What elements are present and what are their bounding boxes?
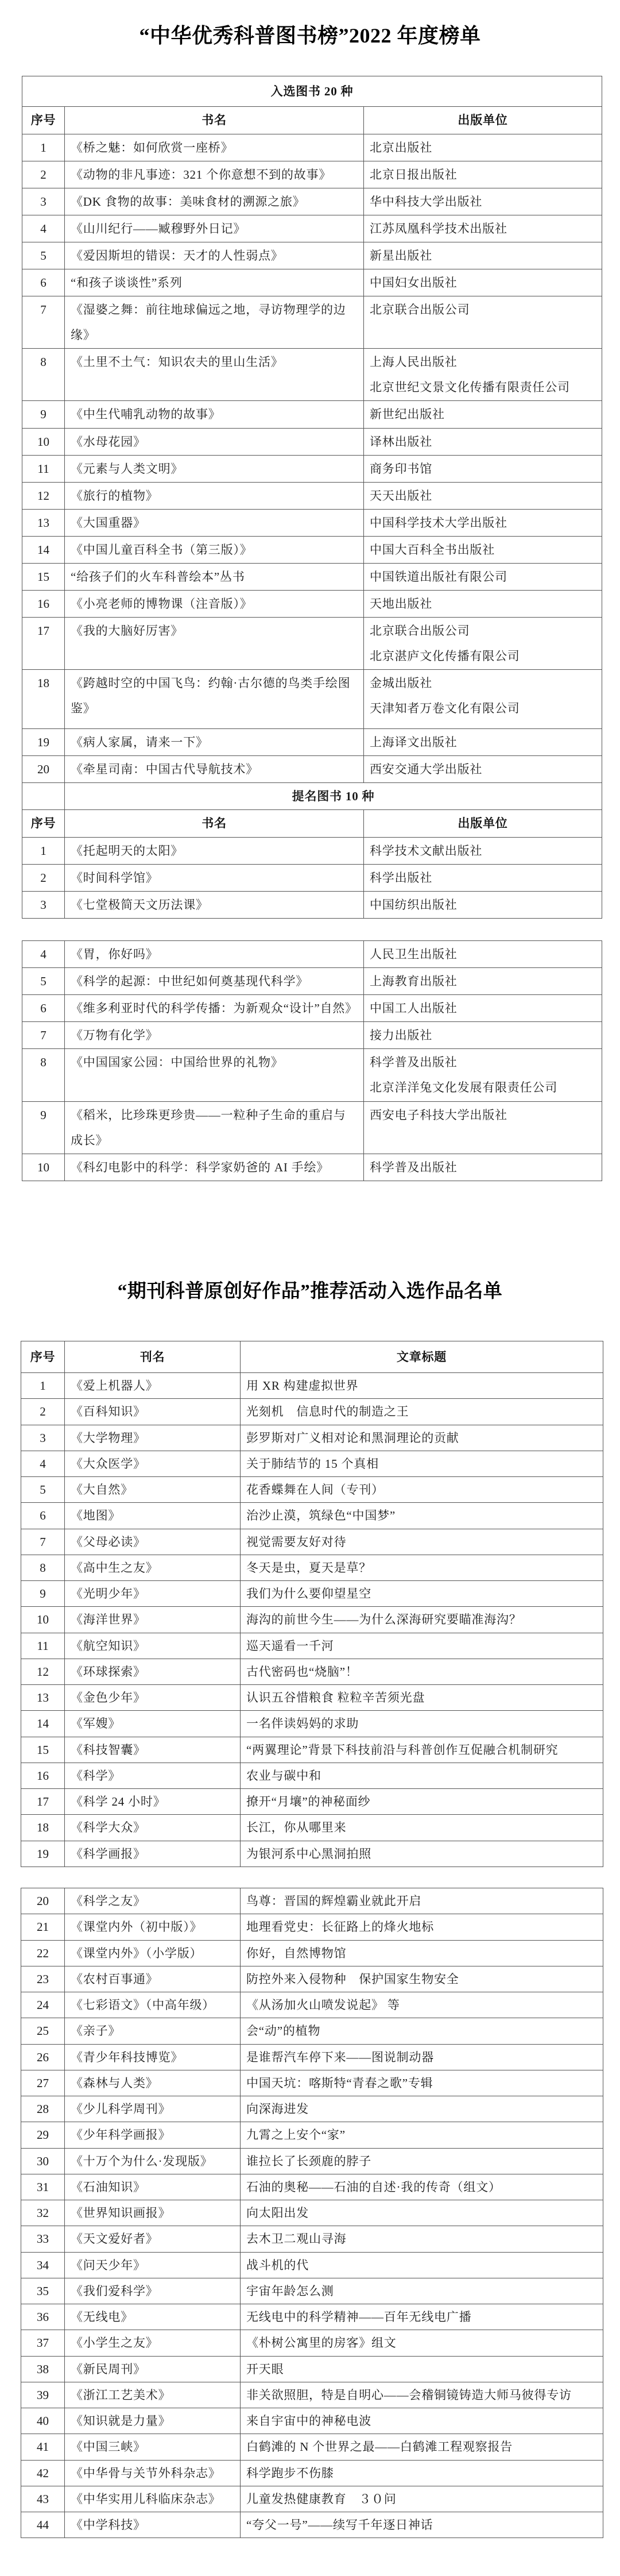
publisher-cell: 科学普及出版社 <box>364 1154 602 1181</box>
table-row: 11 《航空知识》 巡天遥看一千河 <box>21 1633 603 1659</box>
journal-name-cell: 《光明少年》 <box>65 1581 241 1606</box>
table-row: 4 《大众医学》 关于肺结节的 15 个真相 <box>21 1451 603 1477</box>
table-row: 7 《父母必读》 视觉需要友好对待 <box>21 1529 603 1555</box>
table-row: 27 《森林与人类》 中国天坑：喀斯特“青春之歌”专辑 <box>21 2070 603 2096</box>
journal-name-cell: 《课堂内外（初中版）》 <box>65 1914 241 1939</box>
article-title-cell: 巡天遥看一千河 <box>241 1633 603 1659</box>
nominated-books-rows-part-1: 1 《托起明天的太阳》 科学技术文献出版社 2 《时间科学馆》 科学出版社 3 … <box>22 838 602 919</box>
table-row: 44 《中学科技》 “夸父一号”——续写千年逐日神话 <box>21 2512 603 2538</box>
article-title-cell: 视觉需要友好对待 <box>241 1529 603 1555</box>
seq-cell: 30 <box>21 2149 65 2174</box>
book-list-table-part-1: 入选图书 20 种 序号 书名 出版单位 1 《桥之魅：如何欣赏一座桥》 北京出… <box>22 76 602 919</box>
article-title-cell: 白鹤滩的 N 个世界之最——白鹤滩工程观察报告 <box>241 2434 603 2459</box>
table-row: 8 《土里不土气：知识农夫的里山生活》 上海人民出版社 北京世纪文景文化传播有限… <box>22 349 602 401</box>
article-title-cell: 非关欲照胆，特是自明心——会稽铜镜铸造大师马彼得专访 <box>241 2382 603 2408</box>
publisher-cell: 中国大百科全书出版社 <box>364 537 602 563</box>
publisher-cell: 江苏凤凰科学技术出版社 <box>364 215 602 242</box>
journal-name-cell: 《森林与人类》 <box>65 2070 241 2096</box>
seq-cell: 20 <box>22 756 65 782</box>
journal-name-cell: 《军嫂》 <box>65 1711 241 1736</box>
seq-cell: 38 <box>21 2357 65 2382</box>
article-title-cell: 开天眼 <box>241 2357 603 2382</box>
article-title-cell: 无线电中的科学精神——百年无线电广播 <box>241 2304 603 2330</box>
table-row: 13 《大国重器》 中国科学技术大学出版社 <box>22 510 602 537</box>
article-title-cell: 去木卫二观山寻海 <box>241 2226 603 2251</box>
journal-name-cell: 《石油知识》 <box>65 2174 241 2200</box>
seq-cell: 2 <box>22 161 65 188</box>
table-row: 15 《科技智囊》 “两翼理论”背景下科技前沿与科普创作互促融合机制研究 <box>21 1737 603 1763</box>
article-title-cell: 中国天坑：喀斯特“青春之歌”专辑 <box>241 2070 603 2096</box>
book-title-cell: 《水母花园》 <box>65 429 364 455</box>
empty-cell <box>22 783 65 810</box>
seq-cell: 44 <box>21 2512 65 2538</box>
table-row: 5 《科学的起源：中世纪如何奠基现代科学》 上海教育出版社 <box>22 968 602 995</box>
table-row: 6 《地图》 治沙止漠，筑绿色“中国梦” <box>21 1503 603 1529</box>
table-row: 34 《问天少年》 战斗机的代 <box>21 2253 603 2278</box>
journal-name-cell: 《浙江工艺美术》 <box>65 2382 241 2408</box>
table-row: 8 《中国国家公园：中国给世界的礼物》 科学普及出版社 北京洋洋兔文化发展有限责… <box>22 1049 602 1101</box>
column-header-publisher: 出版单位 <box>364 810 602 837</box>
article-title-cell: 战斗机的代 <box>241 2253 603 2278</box>
book-title-cell: 《万物有化学》 <box>65 1022 364 1048</box>
table-row: 21 《课堂内外（初中版）》 地理看党史：长征路上的烽火地标 <box>21 1914 603 1940</box>
publisher-cell: 上海人民出版社 北京世纪文景文化传播有限责任公司 <box>364 349 602 400</box>
seq-cell: 8 <box>21 1555 65 1580</box>
journal-name-cell: 《七彩语文》（中高年级） <box>65 1992 241 2018</box>
table-row: 4 《胃，你好吗》 人民卫生出版社 <box>22 941 602 968</box>
journal-name-cell: 《天文爱好者》 <box>65 2226 241 2251</box>
article-title-cell: “夸父一号”——续写千年逐日神话 <box>241 2512 603 2538</box>
seq-cell: 1 <box>22 838 65 864</box>
table-row: 7 《湿婆之舞：前往地球偏远之地，寻访物理学的边缘》 北京联合出版公司 <box>22 296 602 349</box>
seq-cell: 4 <box>22 215 65 242</box>
table-row: 40 《知识就是力量》 来自宇宙中的神秘电波 <box>21 2408 603 2434</box>
periodical-list-title: “期刊科普原创好作品”推荐活动入选作品名单 <box>0 1278 620 1305</box>
article-title-cell: 地理看党史：长征路上的烽火地标 <box>241 1914 603 1939</box>
book-title-cell: “和孩子谈谈性”系列 <box>65 269 364 296</box>
table-row: 2 《时间科学馆》 科学出版社 <box>22 865 602 892</box>
column-header-no: 序号 <box>22 810 65 837</box>
book-title-cell: 《旅行的植物》 <box>65 483 364 509</box>
table-row: 4 《山川纪行——臧穆野外日记》 江苏凤凰科学技术出版社 <box>22 215 602 242</box>
table-row: 3 《七堂极简天文历法课》 中国纺织出版社 <box>22 892 602 919</box>
table-row: 20 《科学之友》 鸟尊：晋国的辉煌霸业就此开启 <box>21 1888 603 1914</box>
selected-books-heading-row: 入选图书 20 种 <box>22 76 602 107</box>
seq-cell: 34 <box>21 2253 65 2278</box>
table-row: 9 《中生代哺乳动物的故事》 新世纪出版社 <box>22 401 602 428</box>
journal-name-cell: 《新民周刊》 <box>65 2357 241 2382</box>
seq-cell: 12 <box>22 483 65 509</box>
seq-cell: 22 <box>21 1941 65 1966</box>
seq-cell: 7 <box>22 1022 65 1048</box>
table-row: 23 《农村百事通》 防控外来入侵物种 保护国家生物安全 <box>21 1966 603 1992</box>
seq-cell: 36 <box>21 2304 65 2330</box>
seq-cell: 19 <box>22 729 65 755</box>
selected-books-column-header: 序号 书名 出版单位 <box>22 107 602 134</box>
publisher-cell: 中国铁道出版社有限公司 <box>364 564 602 590</box>
publisher-cell: 中国工人出版社 <box>364 995 602 1021</box>
table-row: 1 《桥之魅：如何欣赏一座桥》 北京出版社 <box>22 134 602 161</box>
publisher-cell: 上海教育出版社 <box>364 968 602 994</box>
journal-name-cell: 《我们爱科学》 <box>65 2278 241 2304</box>
article-title-cell: 花香蝶舞在人间（专刊） <box>241 1477 603 1502</box>
book-title-cell: 《科幻电影中的科学：科学家奶爸的 AI 手绘》 <box>65 1154 364 1181</box>
table-row: 1 《托起明天的太阳》 科学技术文献出版社 <box>22 838 602 865</box>
table-row: 35 《我们爱科学》 宇宙年龄怎么测 <box>21 2278 603 2304</box>
table-row: 11 《元素与人类文明》 商务印书馆 <box>22 456 602 483</box>
article-title-cell: 用 XR 构建虚拟世界 <box>241 1373 603 1398</box>
book-title-cell: 《托起明天的太阳》 <box>65 838 364 864</box>
table-row: 17 《科学 24 小时》 撩开“月壤”的神秘面纱 <box>21 1789 603 1815</box>
table-row: 8 《高中生之友》 冬天是虫，夏天是草？ <box>21 1555 603 1581</box>
seq-cell: 42 <box>21 2461 65 2486</box>
article-title-cell: 长江，你从哪里来 <box>241 1815 603 1840</box>
article-title-cell: 为银河系中心黑洞拍照 <box>241 1841 603 1867</box>
seq-cell: 15 <box>21 1737 65 1763</box>
seq-cell: 27 <box>21 2070 65 2096</box>
publisher-cell: 西安电子科技大学出版社 <box>364 1102 602 1154</box>
article-title-cell: 撩开“月壤”的神秘面纱 <box>241 1789 603 1814</box>
seq-cell: 10 <box>22 429 65 455</box>
article-title-cell: 谁拉长了长颈鹿的脖子 <box>241 2149 603 2174</box>
seq-cell: 8 <box>22 349 65 400</box>
seq-cell: 13 <box>22 510 65 536</box>
table-row: 18 《跨越时空的中国飞鸟：约翰·古尔德的鸟类手绘图鉴》 金城出版社 天津知者万… <box>22 670 602 728</box>
article-title-cell: 儿童发热健康教育 ３０问 <box>241 2486 603 2512</box>
table-row: 1 《爱上机器人》 用 XR 构建虚拟世界 <box>21 1373 603 1399</box>
journal-name-cell: 《世界知识画报》 <box>65 2200 241 2226</box>
journal-name-cell: 《课堂内外》（小学版） <box>65 1941 241 1966</box>
table-row: 28 《少儿科学周刊》 向深海进发 <box>21 2096 603 2122</box>
article-title-cell: 会“动”的植物 <box>241 2018 603 2043</box>
seq-cell: 19 <box>21 1841 65 1867</box>
seq-cell: 41 <box>21 2434 65 2459</box>
seq-cell: 2 <box>21 1399 65 1424</box>
journal-name-cell: 《中华骨与关节外科杂志》 <box>65 2461 241 2486</box>
table-row: 16 《小亮老师的博物课（注音版）》 天地出版社 <box>22 591 602 618</box>
publisher-cell: 商务印书馆 <box>364 456 602 482</box>
book-title-cell: 《病人家属，请来一下》 <box>65 729 364 755</box>
publisher-cell: 北京联合出版公司 <box>364 296 602 348</box>
column-header-publisher: 出版单位 <box>364 107 602 134</box>
seq-cell: 18 <box>21 1815 65 1840</box>
journal-name-cell: 《青少年科技博览》 <box>65 2045 241 2070</box>
journal-name-cell: 《科学》 <box>65 1763 241 1788</box>
article-title-cell: 农业与碳中和 <box>241 1763 603 1788</box>
table-row: 22 《课堂内外》（小学版） 你好，自然博物馆 <box>21 1941 603 1966</box>
seq-cell: 7 <box>22 296 65 348</box>
table-row: 7 《万物有化学》 接力出版社 <box>22 1022 602 1049</box>
seq-cell: 43 <box>21 2486 65 2512</box>
column-header-journal: 刊名 <box>65 1341 241 1372</box>
journal-name-cell: 《中国三峡》 <box>65 2434 241 2459</box>
table-row: 5 《爱因斯坦的错误：天才的人性弱点》 新星出版社 <box>22 242 602 269</box>
journal-name-cell: 《科学之友》 <box>65 1888 241 1914</box>
article-title-cell: 光刻机 信息时代的制造之王 <box>241 1399 603 1424</box>
seq-cell: 15 <box>22 564 65 590</box>
article-title-cell: 《从汤加火山喷发说起》 等 <box>241 1992 603 2018</box>
table-row: 41 《中国三峡》 白鹤滩的 N 个世界之最——白鹤滩工程观察报告 <box>21 2434 603 2460</box>
journal-name-cell: 《少年科学画报》 <box>65 2122 241 2147</box>
table-row: 43 《中华实用儿科临床杂志》 儿童发热健康教育 ３０问 <box>21 2486 603 2512</box>
publisher-cell: 科学出版社 <box>364 865 602 891</box>
table-row: 24 《七彩语文》（中高年级） 《从汤加火山喷发说起》 等 <box>21 1992 603 2018</box>
seq-cell: 10 <box>22 1154 65 1181</box>
table-row: 36 《无线电》 无线电中的科学精神——百年无线电广播 <box>21 2304 603 2330</box>
book-title-cell: 《元素与人类文明》 <box>65 456 364 482</box>
book-title-cell: 《爱因斯坦的错误：天才的人性弱点》 <box>65 242 364 269</box>
journal-name-cell: 《大自然》 <box>65 1477 241 1502</box>
table-row: 6 《维多利亚时代的科学传播：为新观众“设计”自然》 中国工人出版社 <box>22 995 602 1022</box>
publisher-cell: 接力出版社 <box>364 1022 602 1048</box>
seq-cell: 32 <box>21 2200 65 2226</box>
table-row: 31 《石油知识》 石油的奥秘——石油的自述·我的传奇（组文） <box>21 2174 603 2200</box>
article-title-cell: 一名伴读妈妈的求助 <box>241 1711 603 1736</box>
periodical-rows-part-2: 20 《科学之友》 鸟尊：晋国的辉煌霸业就此开启 21 《课堂内外（初中版）》 … <box>21 1888 603 2538</box>
article-title-cell: 海沟的前世今生——为什么深海研究要瞄准海沟？ <box>241 1607 603 1632</box>
seq-cell: 14 <box>22 537 65 563</box>
seq-cell: 37 <box>21 2330 65 2355</box>
column-header-title: 书名 <box>65 107 364 134</box>
publisher-cell: 金城出版社 天津知者万卷文化有限公司 <box>364 670 602 728</box>
periodical-column-header: 序号 刊名 文章标题 <box>21 1341 603 1373</box>
table-row: 38 《新民周刊》 开天眼 <box>21 2357 603 2382</box>
table-row: 17 《我的大脑好厉害》 北京联合出版公司 北京湛庐文化传播有限公司 <box>22 618 602 670</box>
table-row: 10 《水母花园》 译林出版社 <box>22 429 602 456</box>
journal-name-cell: 《十万个为什么·发现版》 <box>65 2149 241 2174</box>
article-title-cell: 来自宇宙中的神秘电波 <box>241 2408 603 2434</box>
table-row: 18 《科学大众》 长江，你从哪里来 <box>21 1815 603 1841</box>
column-header-no: 序号 <box>21 1341 65 1372</box>
article-title-cell: 《朴树公寓里的房客》组文 <box>241 2330 603 2355</box>
journal-name-cell: 《航空知识》 <box>65 1633 241 1659</box>
seq-cell: 18 <box>22 670 65 728</box>
nominated-books-rows-part-2: 4 《胃，你好吗》 人民卫生出版社 5 《科学的起源：中世纪如何奠基现代科学》 … <box>22 941 602 1181</box>
seq-cell: 2 <box>22 865 65 891</box>
publisher-cell: 北京日报出版社 <box>364 161 602 188</box>
journal-name-cell: 《大学物理》 <box>65 1425 241 1451</box>
seq-cell: 4 <box>21 1451 65 1476</box>
seq-cell: 6 <box>22 995 65 1021</box>
periodical-rows-part-1: 1 《爱上机器人》 用 XR 构建虚拟世界 2 《百科知识》 光刻机 信息时代的… <box>21 1373 603 1867</box>
book-title-cell: 《中国儿童百科全书（第三版）》 <box>65 537 364 563</box>
book-title-cell: 《七堂极简天文历法课》 <box>65 892 364 918</box>
journal-name-cell: 《地图》 <box>65 1503 241 1528</box>
publisher-cell: 天地出版社 <box>364 591 602 617</box>
nominated-books-heading: 提名图书 10 种 <box>65 783 602 810</box>
seq-cell: 17 <box>21 1789 65 1814</box>
seq-cell: 6 <box>22 269 65 296</box>
journal-name-cell: 《科学大众》 <box>65 1815 241 1840</box>
book-title-cell: 《维多利亚时代的科学传播：为新观众“设计”自然》 <box>65 995 364 1021</box>
book-title-cell: 《DK 食物的故事：美味食材的溯源之旅》 <box>65 188 364 215</box>
book-title-cell: 《桥之魅：如何欣赏一座桥》 <box>65 134 364 161</box>
book-list-table-part-2: 4 《胃，你好吗》 人民卫生出版社 5 《科学的起源：中世纪如何奠基现代科学》 … <box>22 940 602 1181</box>
seq-cell: 31 <box>21 2174 65 2200</box>
journal-name-cell: 《中学科技》 <box>65 2512 241 2538</box>
seq-cell: 6 <box>21 1503 65 1528</box>
column-header-article: 文章标题 <box>241 1341 603 1372</box>
publisher-cell: 新星出版社 <box>364 242 602 269</box>
publisher-cell: 北京联合出版公司 北京湛庐文化传播有限公司 <box>364 618 602 669</box>
table-row: 10 《科幻电影中的科学：科学家奶爸的 AI 手绘》 科学普及出版社 <box>22 1154 602 1181</box>
seq-cell: 3 <box>22 892 65 918</box>
article-title-cell: 认识五谷惜粮食 粒粒辛苦须光盘 <box>241 1685 603 1710</box>
journal-name-cell: 《爱上机器人》 <box>65 1373 241 1398</box>
journal-name-cell: 《无线电》 <box>65 2304 241 2330</box>
publisher-cell: 新世纪出版社 <box>364 401 602 427</box>
journal-name-cell: 《海洋世界》 <box>65 1607 241 1632</box>
seq-cell: 29 <box>21 2122 65 2147</box>
seq-cell: 1 <box>22 134 65 161</box>
seq-cell: 9 <box>21 1581 65 1606</box>
journal-name-cell: 《科学画报》 <box>65 1841 241 1867</box>
journal-name-cell: 《农村百事通》 <box>65 1966 241 1992</box>
seq-cell: 16 <box>21 1763 65 1788</box>
publisher-cell: 中国纺织出版社 <box>364 892 602 918</box>
journal-name-cell: 《百科知识》 <box>65 1399 241 1424</box>
seq-cell: 1 <box>21 1373 65 1398</box>
seq-cell: 3 <box>22 188 65 215</box>
book-title-cell: 《胃，你好吗》 <box>65 941 364 967</box>
article-title-cell: 你好，自然博物馆 <box>241 1941 603 1966</box>
book-title-cell: 《稻米，比珍珠更珍贵——一粒种子生命的重启与成长》 <box>65 1102 364 1154</box>
seq-cell: 33 <box>21 2226 65 2251</box>
seq-cell: 40 <box>21 2408 65 2434</box>
seq-cell: 14 <box>21 1711 65 1736</box>
article-title-cell: 是谁帮汽车停下来——图说制动器 <box>241 2045 603 2070</box>
table-row: 30 《十万个为什么·发现版》 谁拉长了长颈鹿的脖子 <box>21 2149 603 2174</box>
book-title-cell: “给孩子们的火车科普绘本”丛书 <box>65 564 364 590</box>
table-row: 12 《环球探索》 古代密码也“烧脑”！ <box>21 1659 603 1685</box>
seq-cell: 7 <box>21 1529 65 1555</box>
table-row: 26 《青少年科技博览》 是谁帮汽车停下来——图说制动器 <box>21 2045 603 2070</box>
seq-cell: 5 <box>21 1477 65 1502</box>
seq-cell: 11 <box>22 456 65 482</box>
seq-cell: 11 <box>21 1633 65 1659</box>
journal-name-cell: 《高中生之友》 <box>65 1555 241 1580</box>
seq-cell: 23 <box>21 1966 65 1992</box>
book-title-cell: 《中生代哺乳动物的故事》 <box>65 401 364 427</box>
book-title-cell: 《时间科学馆》 <box>65 865 364 891</box>
table-row: 13 《金色少年》 认识五谷惜粮食 粒粒辛苦须光盘 <box>21 1685 603 1711</box>
table-row: 39 《浙江工艺美术》 非关欲照胆，特是自明心——会稽铜镜铸造大师马彼得专访 <box>21 2382 603 2408</box>
publisher-cell: 天天出版社 <box>364 483 602 509</box>
book-title-cell: 《动物的非凡事迹：321 个你意想不到的故事》 <box>65 161 364 188</box>
article-title-cell: 宇宙年龄怎么测 <box>241 2278 603 2304</box>
book-title-cell: 《我的大脑好厉害》 <box>65 618 364 669</box>
table-row: 6 “和孩子谈谈性”系列 中国妇女出版社 <box>22 269 602 296</box>
table-row: 10 《海洋世界》 海沟的前世今生——为什么深海研究要瞄准海沟？ <box>21 1607 603 1633</box>
article-title-cell: 治沙止漠，筑绿色“中国梦” <box>241 1503 603 1528</box>
publisher-cell: 科学技术文献出版社 <box>364 838 602 864</box>
column-header-no: 序号 <box>22 107 65 134</box>
seq-cell: 28 <box>21 2096 65 2122</box>
table-row: 32 《世界知识画报》 向太阳出发 <box>21 2200 603 2226</box>
table-row: 42 《中华骨与关节外科杂志》 科学跑步不伤膝 <box>21 2461 603 2486</box>
table-row: 3 《大学物理》 彭罗斯对广义相对论和黑洞理论的贡献 <box>21 1425 603 1451</box>
publisher-cell: 科学普及出版社 北京洋洋兔文化发展有限责任公司 <box>364 1049 602 1101</box>
table-row: 29 《少年科学画报》 九霄之上安个“家” <box>21 2122 603 2148</box>
table-row: 19 《病人家属，请来一下》 上海译文出版社 <box>22 729 602 756</box>
publisher-cell: 人民卫生出版社 <box>364 941 602 967</box>
seq-cell: 24 <box>21 1992 65 2018</box>
table-row: 14 《军嫂》 一名伴读妈妈的求助 <box>21 1711 603 1737</box>
periodical-table-part-1: 序号 刊名 文章标题 1 《爱上机器人》 用 XR 构建虚拟世界 2 《百科知识… <box>21 1341 603 1867</box>
table-row: 5 《大自然》 花香蝶舞在人间（专刊） <box>21 1477 603 1503</box>
selected-books-heading: 入选图书 20 种 <box>22 76 602 106</box>
article-title-cell: 向太阳出发 <box>241 2200 603 2226</box>
publisher-cell: 华中科技大学出版社 <box>364 188 602 215</box>
publisher-cell: 西安交通大学出版社 <box>364 756 602 782</box>
column-header-title: 书名 <box>65 810 364 837</box>
seq-cell: 3 <box>21 1425 65 1451</box>
seq-cell: 21 <box>21 1914 65 1939</box>
selected-books-rows: 1 《桥之魅：如何欣赏一座桥》 北京出版社 2 《动物的非凡事迹：321 个你意… <box>22 134 602 783</box>
seq-cell: 39 <box>21 2382 65 2408</box>
book-title-cell: 《跨越时空的中国飞鸟：约翰·古尔德的鸟类手绘图鉴》 <box>65 670 364 728</box>
journal-name-cell: 《大众医学》 <box>65 1451 241 1476</box>
article-title-cell: 我们为什么要仰望星空 <box>241 1581 603 1606</box>
book-title-cell: 《湿婆之舞：前往地球偏远之地，寻访物理学的边缘》 <box>65 296 364 348</box>
seq-cell: 12 <box>21 1659 65 1684</box>
table-row: 33 《天文爱好者》 去木卫二观山寻海 <box>21 2226 603 2252</box>
article-title-cell: “两翼理论”背景下科技前沿与科普创作互促融合机制研究 <box>241 1737 603 1763</box>
seq-cell: 8 <box>22 1049 65 1101</box>
article-title-cell: 冬天是虫，夏天是草？ <box>241 1555 603 1580</box>
seq-cell: 5 <box>22 242 65 269</box>
seq-cell: 17 <box>22 618 65 669</box>
publisher-cell: 中国妇女出版社 <box>364 269 602 296</box>
article-title-cell: 彭罗斯对广义相对论和黑洞理论的贡献 <box>241 1425 603 1451</box>
article-title-cell: 鸟尊：晋国的辉煌霸业就此开启 <box>241 1888 603 1914</box>
journal-name-cell: 《亲子》 <box>65 2018 241 2043</box>
journal-name-cell: 《科技智囊》 <box>65 1737 241 1763</box>
table-row: 12 《旅行的植物》 天天出版社 <box>22 483 602 510</box>
journal-name-cell: 《知识就是力量》 <box>65 2408 241 2434</box>
table-row: 9 《稻米，比珍珠更珍贵——一粒种子生命的重启与成长》 西安电子科技大学出版社 <box>22 1102 602 1154</box>
article-title-cell: 石油的奥秘——石油的自述·我的传奇（组文） <box>241 2174 603 2200</box>
table-row: 2 《动物的非凡事迹：321 个你意想不到的故事》 北京日报出版社 <box>22 161 602 188</box>
seq-cell: 10 <box>21 1607 65 1632</box>
book-title-cell: 《科学的起源：中世纪如何奠基现代科学》 <box>65 968 364 994</box>
table-row: 16 《科学》 农业与碳中和 <box>21 1763 603 1789</box>
publisher-cell: 上海译文出版社 <box>364 729 602 755</box>
seq-cell: 25 <box>21 2018 65 2043</box>
journal-name-cell: 《环球探索》 <box>65 1659 241 1684</box>
article-title-cell: 防控外来入侵物种 保护国家生物安全 <box>241 1966 603 1992</box>
table-row: 3 《DK 食物的故事：美味食材的溯源之旅》 华中科技大学出版社 <box>22 188 602 215</box>
seq-cell: 35 <box>21 2278 65 2304</box>
table-row: 15 “给孩子们的火车科普绘本”丛书 中国铁道出版社有限公司 <box>22 564 602 591</box>
table-row: 25 《亲子》 会“动”的植物 <box>21 2018 603 2044</box>
publisher-cell: 中国科学技术大学出版社 <box>364 510 602 536</box>
article-title-cell: 九霄之上安个“家” <box>241 2122 603 2147</box>
journal-name-cell: 《金色少年》 <box>65 1685 241 1710</box>
book-title-cell: 《土里不土气：知识农夫的里山生活》 <box>65 349 364 400</box>
table-row: 9 《光明少年》 我们为什么要仰望星空 <box>21 1581 603 1607</box>
seq-cell: 13 <box>21 1685 65 1710</box>
seq-cell: 5 <box>22 968 65 994</box>
table-row: 20 《牵星司南：中国古代导航技术》 西安交通大学出版社 <box>22 756 602 783</box>
book-title-cell: 《大国重器》 <box>65 510 364 536</box>
seq-cell: 4 <box>22 941 65 967</box>
table-row: 2 《百科知识》 光刻机 信息时代的制造之王 <box>21 1399 603 1425</box>
seq-cell: 20 <box>21 1888 65 1914</box>
book-title-cell: 《山川纪行——臧穆野外日记》 <box>65 215 364 242</box>
publisher-cell: 译林出版社 <box>364 429 602 455</box>
journal-name-cell: 《科学 24 小时》 <box>65 1789 241 1814</box>
